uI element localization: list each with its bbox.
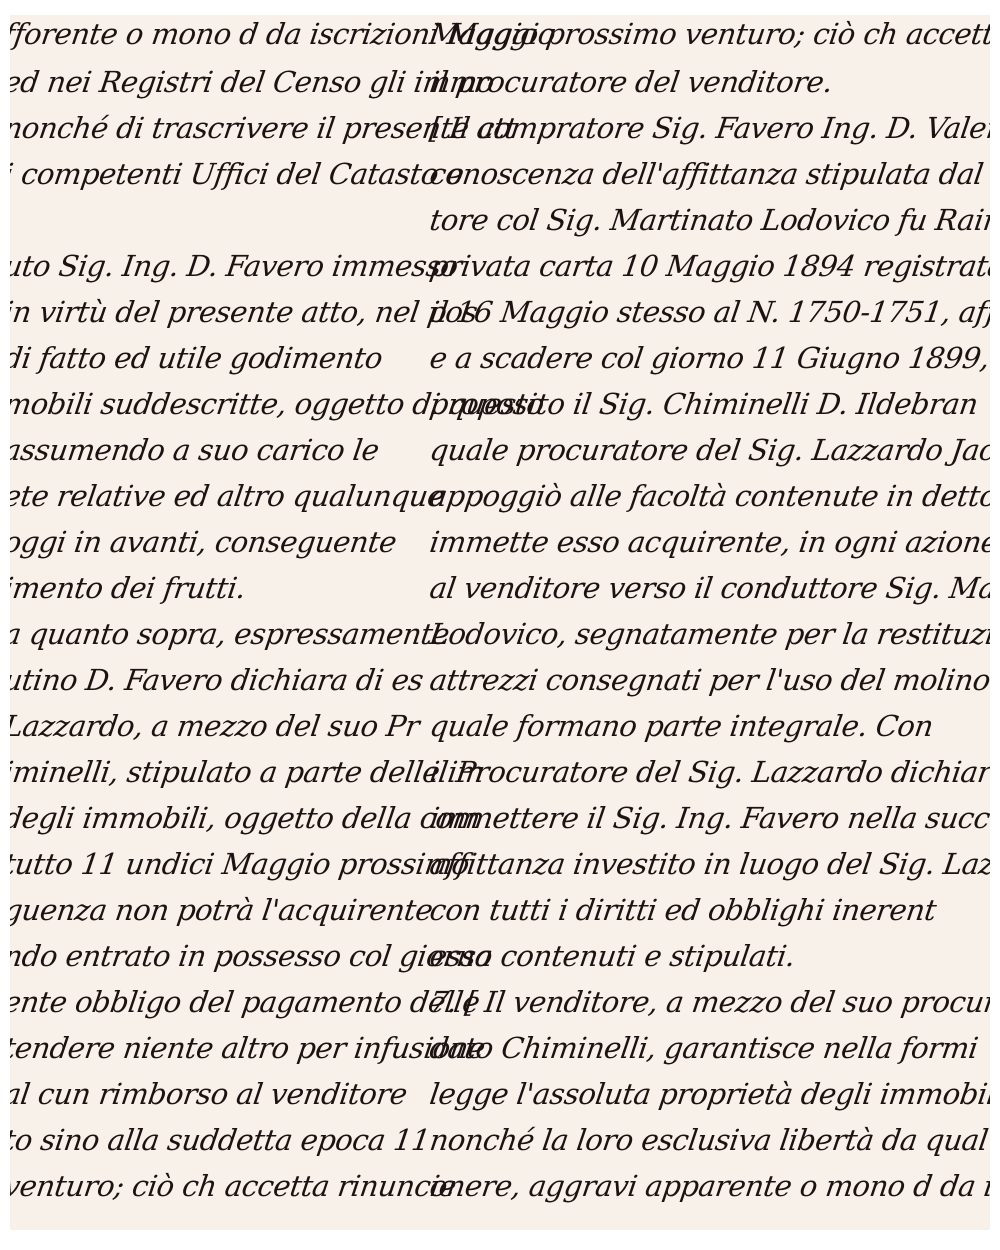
- handwritten-line-right: quale formano parte integrale. Con: [428, 709, 936, 743]
- handwritten-line-left: oggi in avanti, conseguente: [10, 525, 398, 559]
- handwritten-line-right: nonché la loro esclusiva libertà da qual: [428, 1123, 990, 1157]
- handwritten-line-left: iminelli, stipulato a parte delle im: [10, 755, 486, 789]
- handwritten-line-left: a quanto sopra, espressamente: [10, 617, 451, 651]
- handwritten-line-left: in virtù del presente atto, nel pos: [10, 295, 479, 329]
- handwritten-line-right: onere, aggravi apparente o mono d da isc…: [428, 1169, 990, 1203]
- handwritten-line-right: proposito il Sig. Chiminelli D. Ildebran: [428, 387, 980, 421]
- handwritten-line-right: con tutti i diritti ed obblighi inerent: [428, 893, 939, 927]
- handwritten-line-right: conoscenza dell'affittanza stipulata dal: [428, 157, 986, 191]
- handwritten-line-right: legge l'assoluta proprietà degli immobil…: [428, 1077, 990, 1111]
- handwritten-line-right: dato Chiminelli, garantisce nella formi: [428, 1031, 980, 1065]
- handwritten-line-left: i competenti Uffici del Catasto e: [10, 157, 466, 191]
- handwritten-line-left: assumendo a suo carico le: [10, 433, 381, 467]
- handwritten-line-right: al venditore verso il conduttore Sig. Ma…: [428, 571, 990, 605]
- handwritten-line-right: 7. [ Il venditore, a mezzo del suo procu…: [428, 985, 990, 1019]
- handwritten-line-right: immettere il Sig. Ing. Favero nella succ: [428, 801, 990, 835]
- handwritten-line-left: degli immobili, oggetto della com: [10, 801, 482, 835]
- handwritten-line-left: uto Sig. Ing. D. Favero immesso: [10, 249, 460, 283]
- handwritten-line-left: imento dei frutti.: [10, 571, 248, 605]
- handwritten-line-right: essa contenuti e stipulati.: [428, 939, 798, 973]
- handwritten-line-right: attrezzi consegnati per l'uso del molino: [428, 663, 990, 697]
- handwritten-line-left: tendere niente altro per infusione: [10, 1031, 487, 1065]
- handwritten-line-left: ete relative ed altro qualunque: [10, 479, 447, 513]
- handwritten-line-right: quale procuratore del Sig. Lazzardo Jaco…: [428, 433, 990, 467]
- handwritten-line-right: il Procuratore del Sig. Lazzardo dichiar…: [428, 755, 990, 789]
- handwritten-line-right: e a scadere col giorno 11 Giugno 1899, c…: [428, 341, 990, 375]
- handwritten-line-right: Lodovico, segnatamente per la restituzio…: [428, 617, 990, 651]
- handwritten-line-left: Lazzardo, a mezzo del suo Pr: [10, 709, 421, 743]
- handwritten-line-right: il procuratore del venditore.: [428, 65, 835, 99]
- handwritten-document-page: fforente o mono d da iscrizioni MaggioMa…: [10, 15, 990, 1230]
- handwritten-line-left: utino D. Favero dichiara di es: [10, 663, 425, 697]
- handwritten-line-right: affittanza investito in luogo del Sig. L…: [428, 847, 990, 881]
- handwritten-line-right: privata carta 10 Maggio 1894 registrata …: [428, 249, 990, 283]
- handwritten-line-right: Maggio prossimo venturo; ciò ch accetta …: [428, 17, 990, 51]
- handwritten-line-left: venturo; ciò ch accetta rinuncie: [10, 1169, 458, 1203]
- handwritten-line-left: guenza non potrà l'acquirente: [10, 893, 435, 927]
- handwritten-line-right: tore col Sig. Martinato Lodovico fu Raim…: [428, 203, 990, 237]
- handwritten-line-left: tutto 11 undici Maggio prossimo: [10, 847, 471, 881]
- handwritten-line-left: ndo entrato in possesso col giorno: [10, 939, 494, 973]
- handwritten-line-right: [ Il compratore Sig. Favero Ing. D. Vale…: [428, 111, 990, 145]
- handwritten-line-left: to sino alla suddetta epoca 11: [10, 1123, 432, 1157]
- handwritten-line-right: immette esso acquirente, in ogni azione …: [428, 525, 990, 559]
- handwritten-line-left: ente obbligo del pagamento delle: [10, 985, 482, 1019]
- handwritten-line-right: il 16 Maggio stesso al N. 1750-1751, aff…: [428, 295, 990, 329]
- handwritten-line-left: al cun rimborso al venditore: [10, 1077, 409, 1111]
- handwritten-line-left: di fatto ed utile godimento: [10, 341, 384, 375]
- handwritten-line-right: appoggiò alle facoltà contenute in detto: [428, 479, 990, 513]
- handwritten-line-left: ed nei Registri del Censo gli immo: [10, 65, 496, 99]
